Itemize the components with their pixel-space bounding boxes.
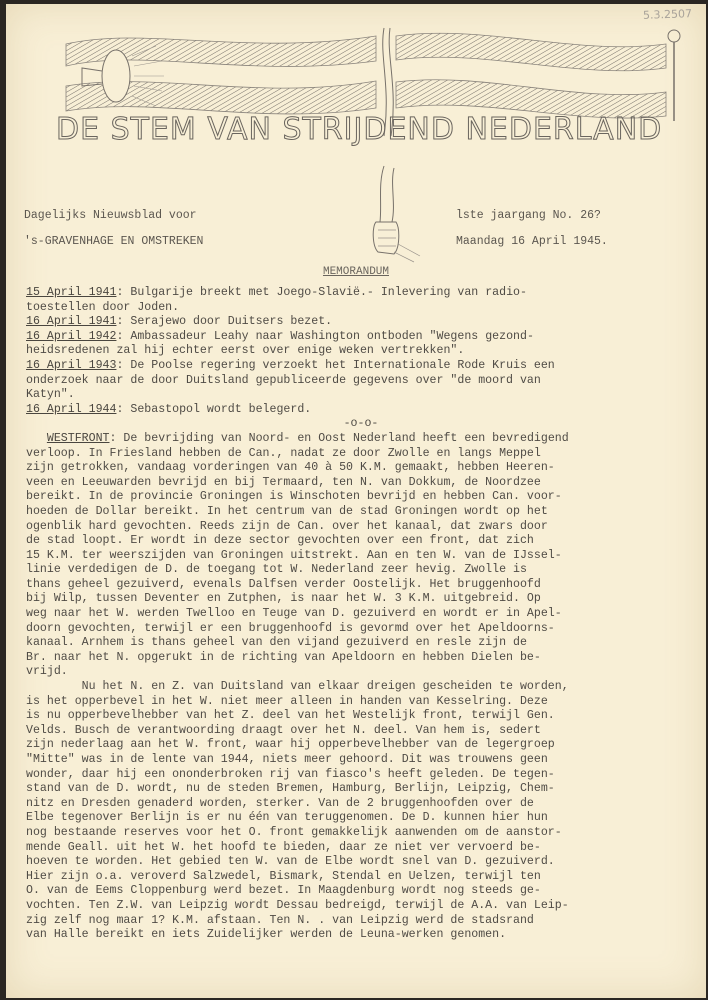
subheader-left-line1: Dagelijks Nieuwsblad voor — [24, 209, 197, 222]
masthead: DE STEM VAN STRIJDEND NEDERLAND — [46, 16, 686, 166]
document-page: 5.3.2507 — [6, 4, 706, 998]
memorandum-entry: 16 April 1943: De Poolse regering verzoe… — [26, 359, 555, 401]
subheader-left-line2: 's-GRAVENHAGE EN OMSTREKEN — [24, 235, 203, 248]
memorandum-entry: 16 April 1941: Serajewo door Duitsers be… — [26, 315, 332, 328]
command-paragraph: Nu het N. en Z. van Duitsland van elkaar… — [26, 680, 569, 941]
hand-torch-icon — [366, 164, 426, 264]
memorandum-heading: MEMORANDUM — [6, 266, 706, 278]
issue-number: lste jaargang No. 26? — [456, 209, 601, 222]
memorandum-entry: 15 April 1941: Bulgarije breekt met Joeg… — [26, 286, 527, 314]
masthead-title: DE STEM VAN STRIJDEND NEDERLAND — [56, 112, 686, 147]
section-separator: -o-o- — [26, 417, 696, 432]
issue-date: Maandag 16 April 1945. — [456, 235, 608, 248]
westfront-paragraph: WESTFRONT: De bevrijding van Noord- en O… — [26, 432, 569, 679]
memorandum-entry: 16 April 1944: Sebastopol wordt belegerd… — [26, 403, 311, 416]
article-body: 15 April 1941: Bulgarije breekt met Joeg… — [26, 286, 696, 943]
memorandum-entry: 16 April 1942: Ambassadeur Leahy naar Wa… — [26, 330, 534, 358]
